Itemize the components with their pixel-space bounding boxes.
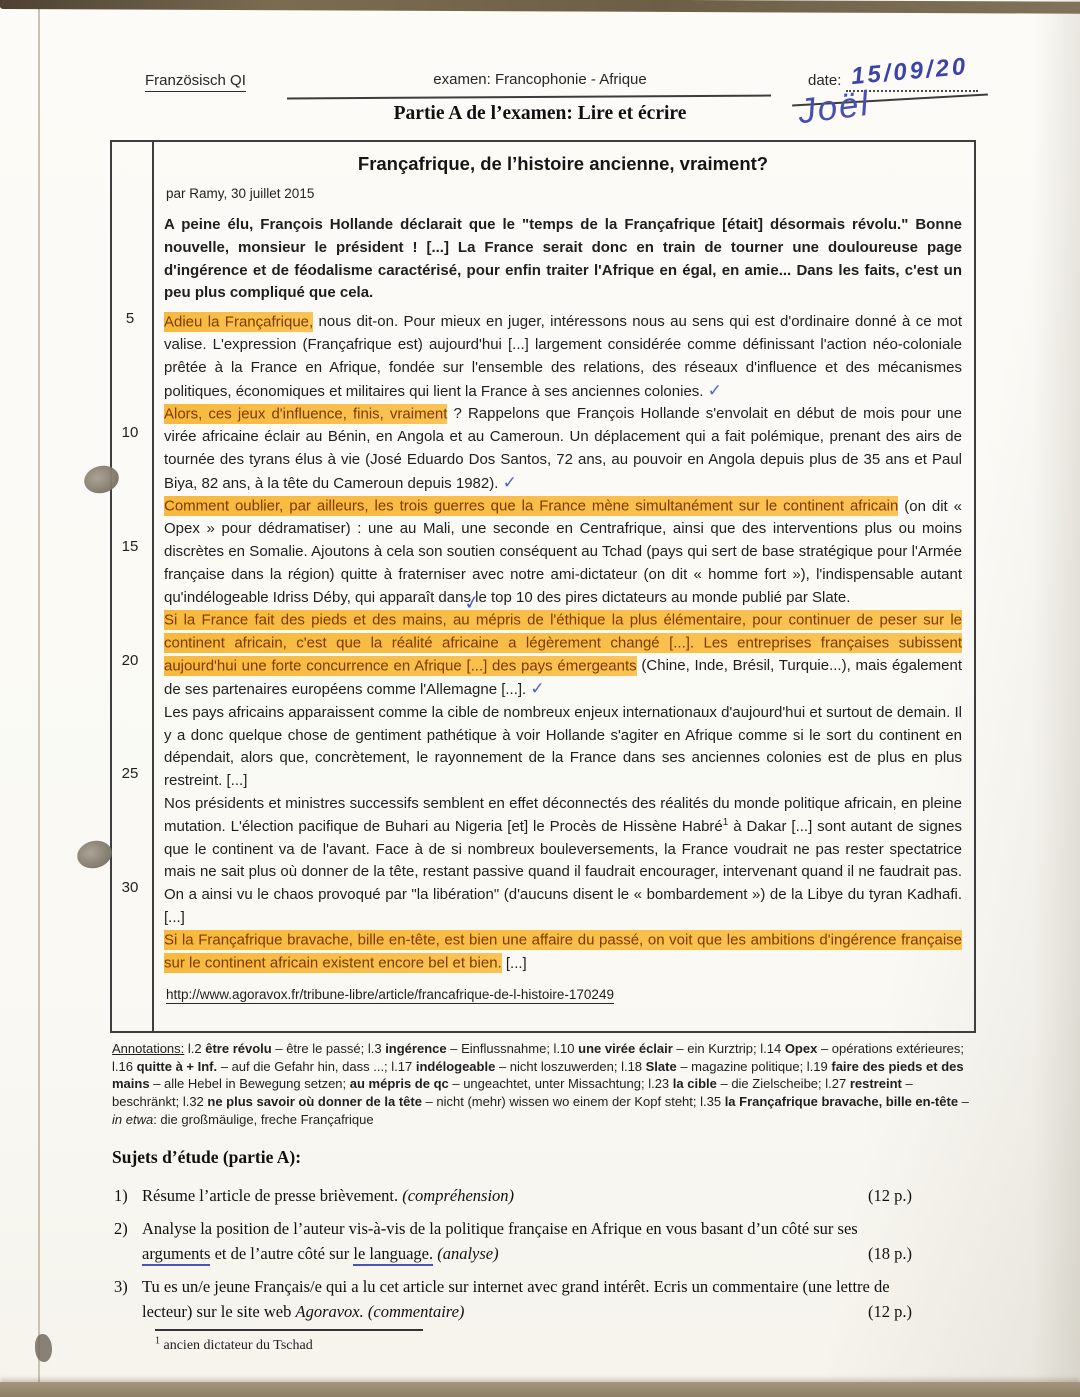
annotations-block: Annotations: l.2 être révolu – être le p… bbox=[112, 1040, 970, 1129]
scan-edge-bottom bbox=[0, 1382, 1080, 1397]
exam-title-underline bbox=[287, 95, 771, 100]
task-number: 1) bbox=[114, 1183, 128, 1208]
article-content: Françafrique, de l’histoire ancienne, vr… bbox=[154, 142, 974, 1031]
line-number: 20 bbox=[112, 652, 148, 669]
task-points: (18 p.) bbox=[868, 1241, 912, 1266]
task-item: 3) Tu es un/e jeune Français/e qui a lu … bbox=[112, 1274, 912, 1324]
article-title: Françafrique, de l’histoire ancienne, vr… bbox=[164, 153, 962, 175]
article-box: 5 10 15 20 25 30 Françafrique, de l’hist… bbox=[110, 140, 976, 1033]
line-number: 30 bbox=[112, 879, 148, 896]
article-paragraph: Si la Françafrique bravache, bille en-tê… bbox=[164, 930, 962, 976]
task-text: Tu es un/e jeune Français/e qui a lu cet… bbox=[142, 1277, 890, 1321]
article-paragraph: Adieu la Françafrique, nous dit-on. Pour… bbox=[164, 311, 962, 403]
task-item: 1) Résume l’article de presse brièvement… bbox=[112, 1183, 912, 1208]
page-edge-shadow bbox=[1032, 0, 1080, 1397]
hole-punch-mark bbox=[74, 837, 114, 872]
footnote-rule bbox=[155, 1329, 423, 1331]
task-points: (12 p.) bbox=[868, 1183, 912, 1208]
line-number: 10 bbox=[112, 424, 148, 441]
date-label: date: bbox=[808, 72, 841, 89]
article-paragraph: Nos présidents et ministres successifs s… bbox=[164, 793, 962, 930]
task-number: 3) bbox=[114, 1274, 128, 1299]
scanned-exam-page: Französisch QI examen: Francophonie - Af… bbox=[0, 0, 1080, 1397]
article-byline: par Ramy, 30 juillet 2015 bbox=[166, 186, 962, 201]
task-points: (12 p.) bbox=[868, 1299, 912, 1324]
footnote: 1 ancien dictateur du Tschad bbox=[155, 1329, 423, 1354]
footnote-text: ancien dictateur du Tschad bbox=[160, 1338, 313, 1353]
page-edge-line bbox=[38, 8, 40, 1383]
line-number: 15 bbox=[112, 538, 148, 555]
scan-smudge bbox=[35, 1334, 52, 1362]
part-title: Partie A de l’examen: Lire et écrire bbox=[0, 103, 1080, 125]
article-paragraph: Alors, ces jeux d'influence, finis, vrai… bbox=[164, 403, 962, 495]
task-text: Résume l’article de presse brièvement. (… bbox=[142, 1186, 514, 1205]
line-number: 5 bbox=[112, 310, 148, 327]
tasks-heading: Sujets d’étude (partie A): bbox=[112, 1147, 912, 1168]
scan-edge-top bbox=[0, 0, 1080, 14]
tasks-section: Sujets d’étude (partie A): 1) Résume l’a… bbox=[112, 1147, 912, 1332]
article-paragraph: Comment oublier, par ailleurs, les trois… bbox=[164, 496, 962, 610]
article-paragraph: A peine élu, François Hollande déclarait… bbox=[164, 214, 962, 305]
task-text: Analyse la position de l’auteur vis-à-vi… bbox=[142, 1219, 858, 1266]
source-url: http://www.agoravox.fr/tribune-libre/art… bbox=[166, 987, 614, 1004]
article-paragraph: Les pays africains apparaissent comme la… bbox=[164, 702, 962, 793]
line-number: 25 bbox=[112, 765, 148, 782]
task-number: 2) bbox=[114, 1216, 128, 1241]
article-paragraph: Si la France fait des pieds et des mains… bbox=[164, 610, 962, 702]
task-item: 2) Analyse la position de l’auteur vis-à… bbox=[112, 1216, 912, 1266]
